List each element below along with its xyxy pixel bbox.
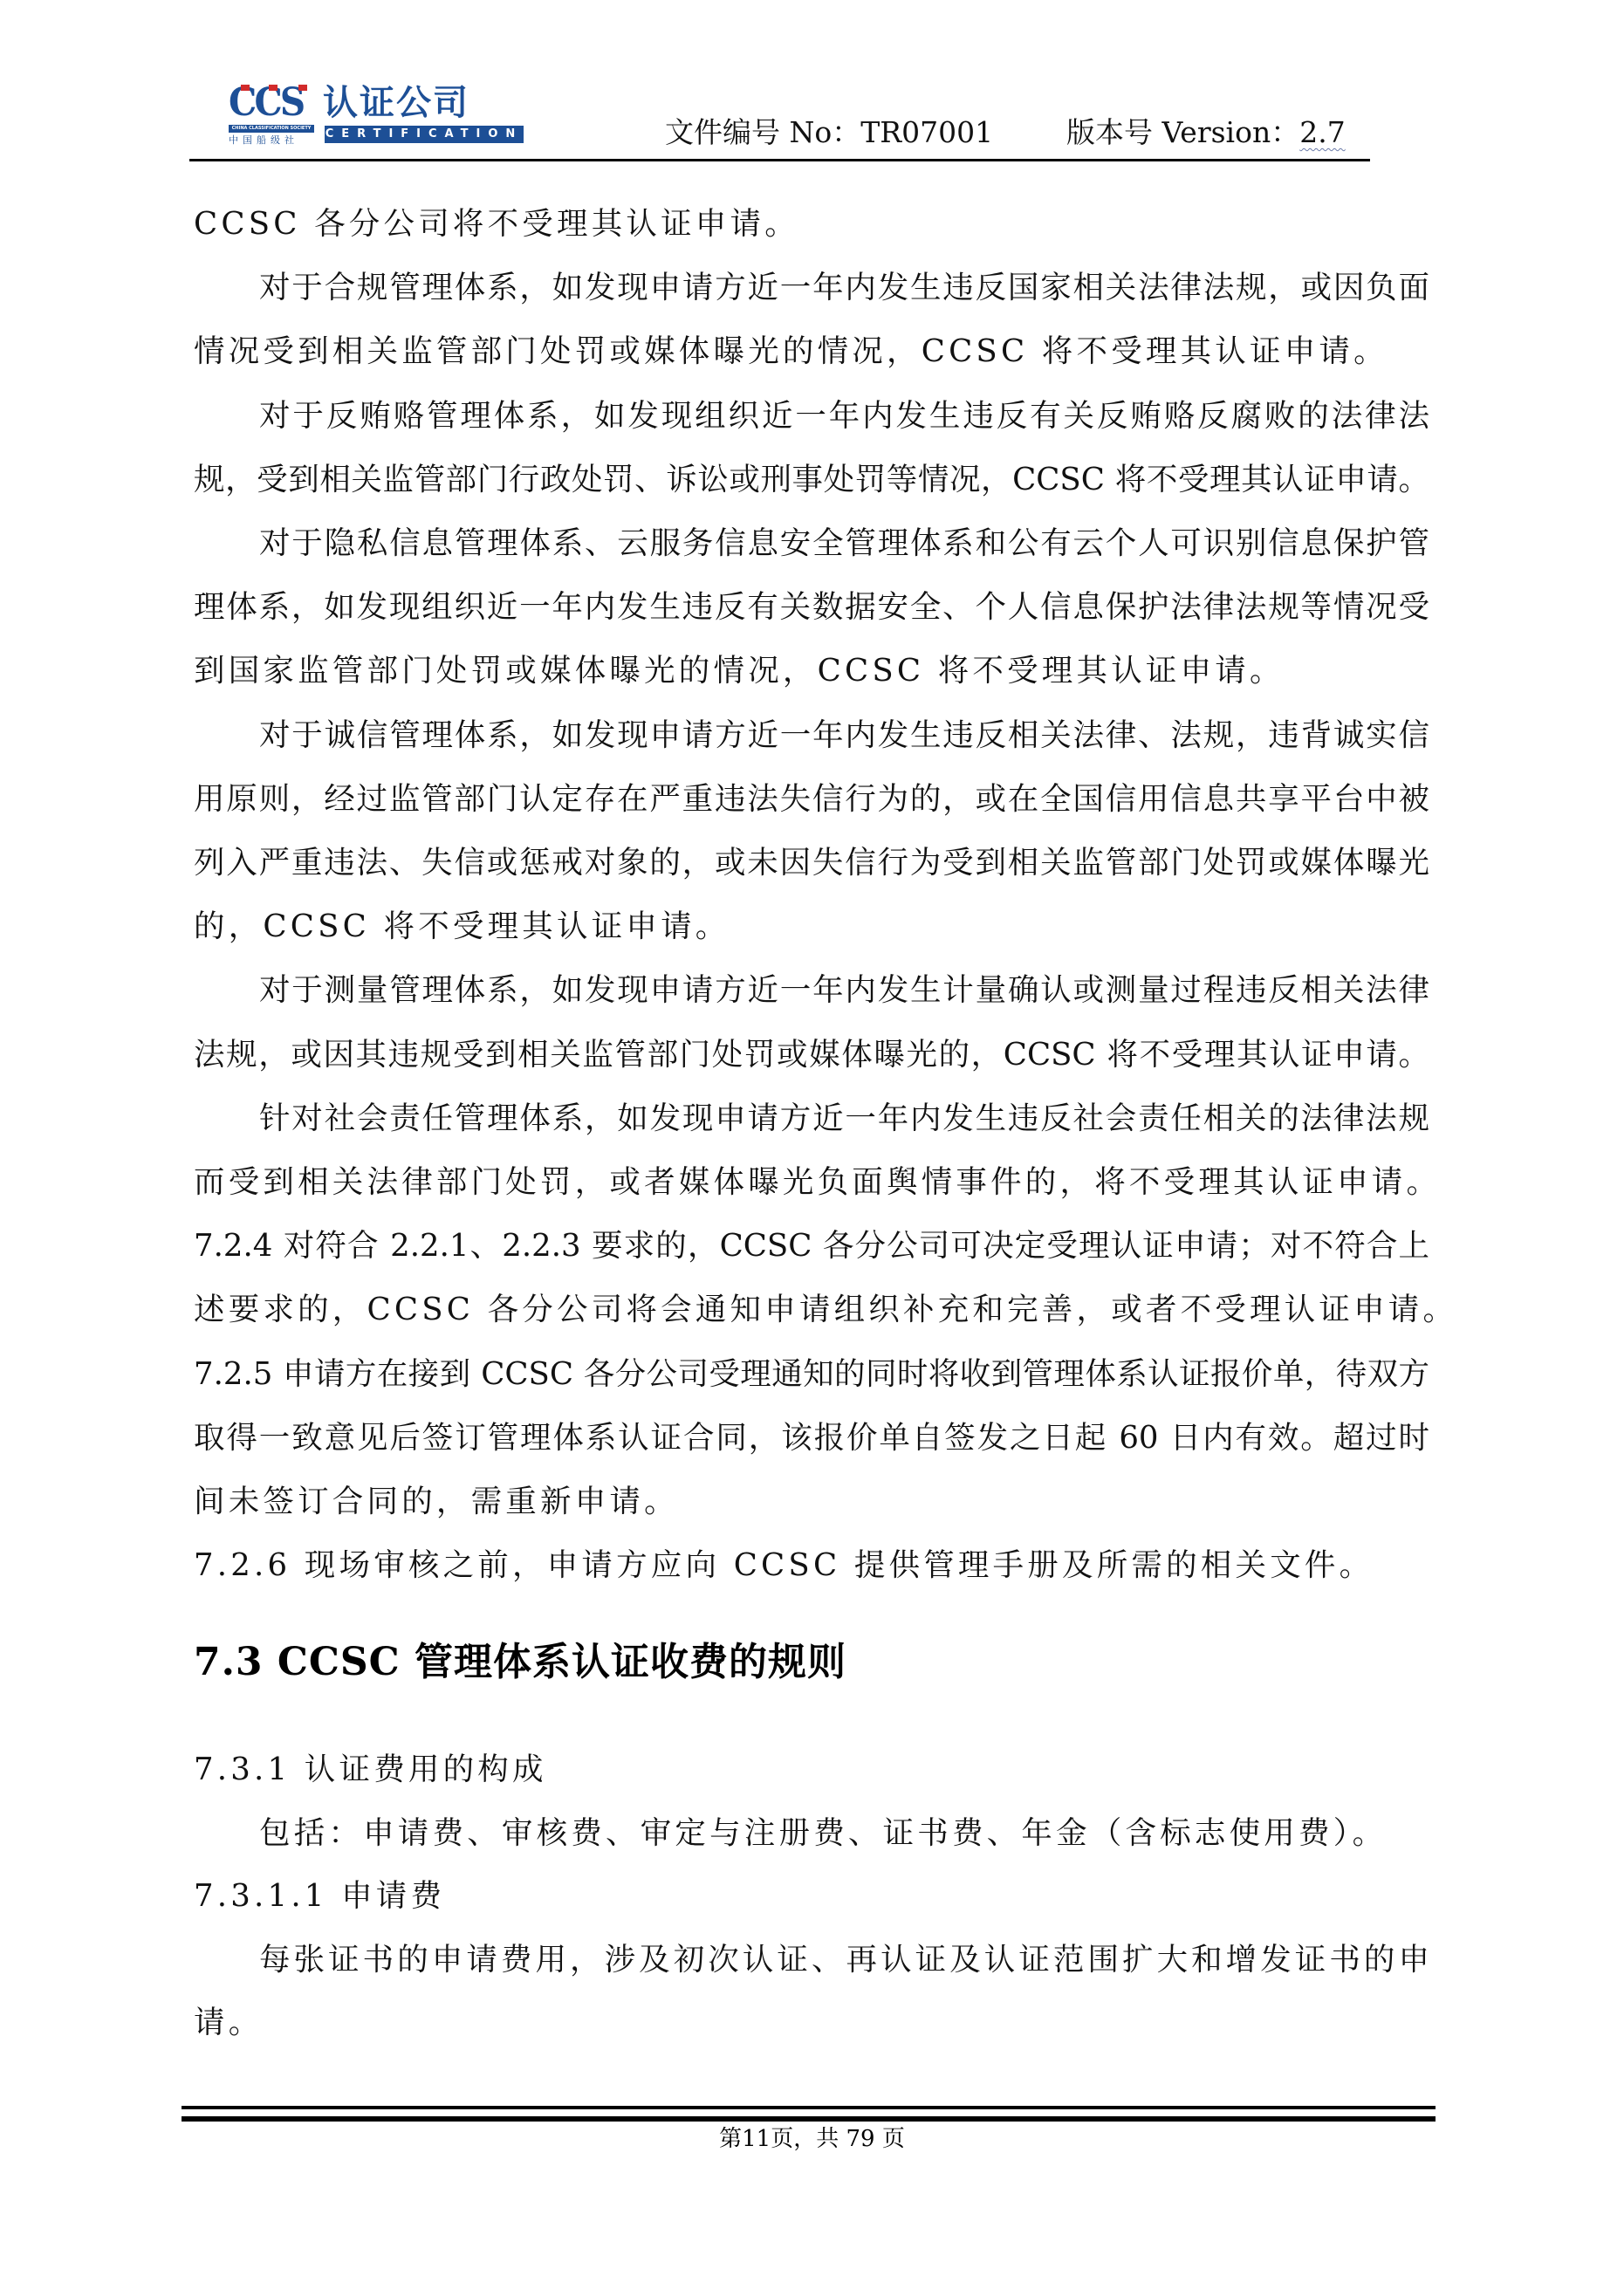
text-line: 间未签订合同的，需重新申请。 xyxy=(194,1480,1429,1524)
footer-rule-thick xyxy=(182,2116,1436,2122)
version-label: 版本号 Version： xyxy=(1066,115,1299,149)
text-line: 情况受到相关监管部门处罚或媒体曝光的情况，CCSC 将不受理其认证申请。 xyxy=(194,330,1429,374)
page-number: 第11页，共 79 页 xyxy=(0,2124,1624,2154)
text-line: 述要求的，CCSC 各分公司将会通知申请组织补充和完善，或者不受理认证申请。 xyxy=(194,1288,1429,1332)
subsubsection-heading: 7.3.1.1 申请费 xyxy=(194,1875,1429,1918)
text-line: 规，受到相关监管部门行政处罚、诉讼或刑事处罚等情况，CCSC 将不受理其认证申请… xyxy=(194,458,1429,502)
text-line: 7.2.6 现场审核之前，申请方应向 CCSC 提供管理手册及所需的相关文件。 xyxy=(194,1544,1429,1587)
version-value: 2.7 xyxy=(1299,115,1345,149)
subsection-heading: 7.3.1 认证费用的构成 xyxy=(194,1748,1429,1792)
ccs-society-band: CHINA CLASSIFICATION SOCIETY xyxy=(229,125,314,133)
ccs-letters: CCS xyxy=(229,84,303,122)
red-accent xyxy=(241,85,250,91)
ccs-mark: CCS CHINA CLASSIFICATION SOCIETY 中国船级社 xyxy=(229,84,316,147)
document-version: 版本号 Version：2.7 xyxy=(1066,115,1346,150)
red-accent xyxy=(269,85,278,91)
text-line: 7.2.4 对符合 2.2.1、2.2.3 要求的，CCSC 各分公司可决定受理… xyxy=(194,1224,1429,1268)
text-line: 的，CCSC 将不受理其认证申请。 xyxy=(194,905,1429,949)
text-line: 取得一致意见后签订管理体系认证合同，该报价单自签发之日起 60 日内有效。超过时 xyxy=(194,1416,1429,1460)
section-heading: 7.3 CCSC 管理体系认证收费的规则 xyxy=(194,1636,846,1689)
text-line: 包括：申请费、审核费、审定与注册费、证书费、年金（含标志使用费）。 xyxy=(259,1812,1429,1855)
text-line: 7.2.5 申请方在接到 CCSC 各分公司受理通知的同时将收到管理体系认证报价… xyxy=(194,1353,1429,1396)
text-line: 请。 xyxy=(194,2001,1429,2045)
header-rule xyxy=(189,159,1370,161)
text-line: 而受到相关法律部门处罚，或者媒体曝光负面舆情事件的，将不受理其认证申请。 xyxy=(194,1161,1429,1204)
document-number: 文件编号 No：TR07001 xyxy=(665,115,993,150)
text-line: 对于隐私信息管理体系、云服务信息安全管理体系和公有云个人可识别信息保护管 xyxy=(259,522,1429,566)
text-line: 列入严重违法、失信或惩戒对象的，或未因失信行为受到相关监管部门处罚或媒体曝光 xyxy=(194,841,1429,885)
certification-band: CERTIFICATION xyxy=(325,126,524,143)
red-accent xyxy=(298,85,307,91)
ccs-chinese-name: 中国船级社 xyxy=(229,134,314,146)
text-line: 理体系，如发现组织近一年内发生违反有关数据安全、个人信息保护法律法规等情况受 xyxy=(194,586,1429,629)
text-line: 对于反贿赂管理体系，如发现组织近一年内发生违反有关反贿赂反腐败的法律法 xyxy=(259,394,1429,438)
text-line: 对于测量管理体系，如发现申请方近一年内发生计量确认或测量过程违反相关法律 xyxy=(259,969,1429,1012)
text-line: 用原则，经过监管部门认定存在严重违法失信行为的，或在全国信用信息共享平台中被 xyxy=(194,778,1429,821)
certification-company-title: 认证公司 xyxy=(323,84,469,122)
text-line: CCSC 各分公司将不受理其认证申请。 xyxy=(194,202,1429,246)
footer-rule-thin xyxy=(182,2106,1436,2109)
text-line: 法规，或因其违规受到相关监管部门处罚或媒体曝光的，CCSC 将不受理其认证申请。 xyxy=(194,1033,1429,1077)
text-line: 对于合规管理体系，如发现申请方近一年内发生违反国家相关法律法规，或因负面 xyxy=(259,266,1429,310)
ccs-certification-logo: CCS CHINA CLASSIFICATION SOCIETY 中国船级社 认… xyxy=(229,84,525,147)
text-line: 到国家监管部门处罚或媒体曝光的情况，CCSC 将不受理其认证申请。 xyxy=(194,649,1429,693)
text-line: 每张证书的申请费用，涉及初次认证、再认证及认证范围扩大和增发证书的申 xyxy=(259,1938,1429,1982)
text-line: 针对社会责任管理体系，如发现申请方近一年内发生违反社会责任相关的法律法规 xyxy=(259,1097,1429,1141)
text-line: 对于诚信管理体系，如发现申请方近一年内发生违反相关法律、法规，违背诚实信 xyxy=(259,714,1429,758)
